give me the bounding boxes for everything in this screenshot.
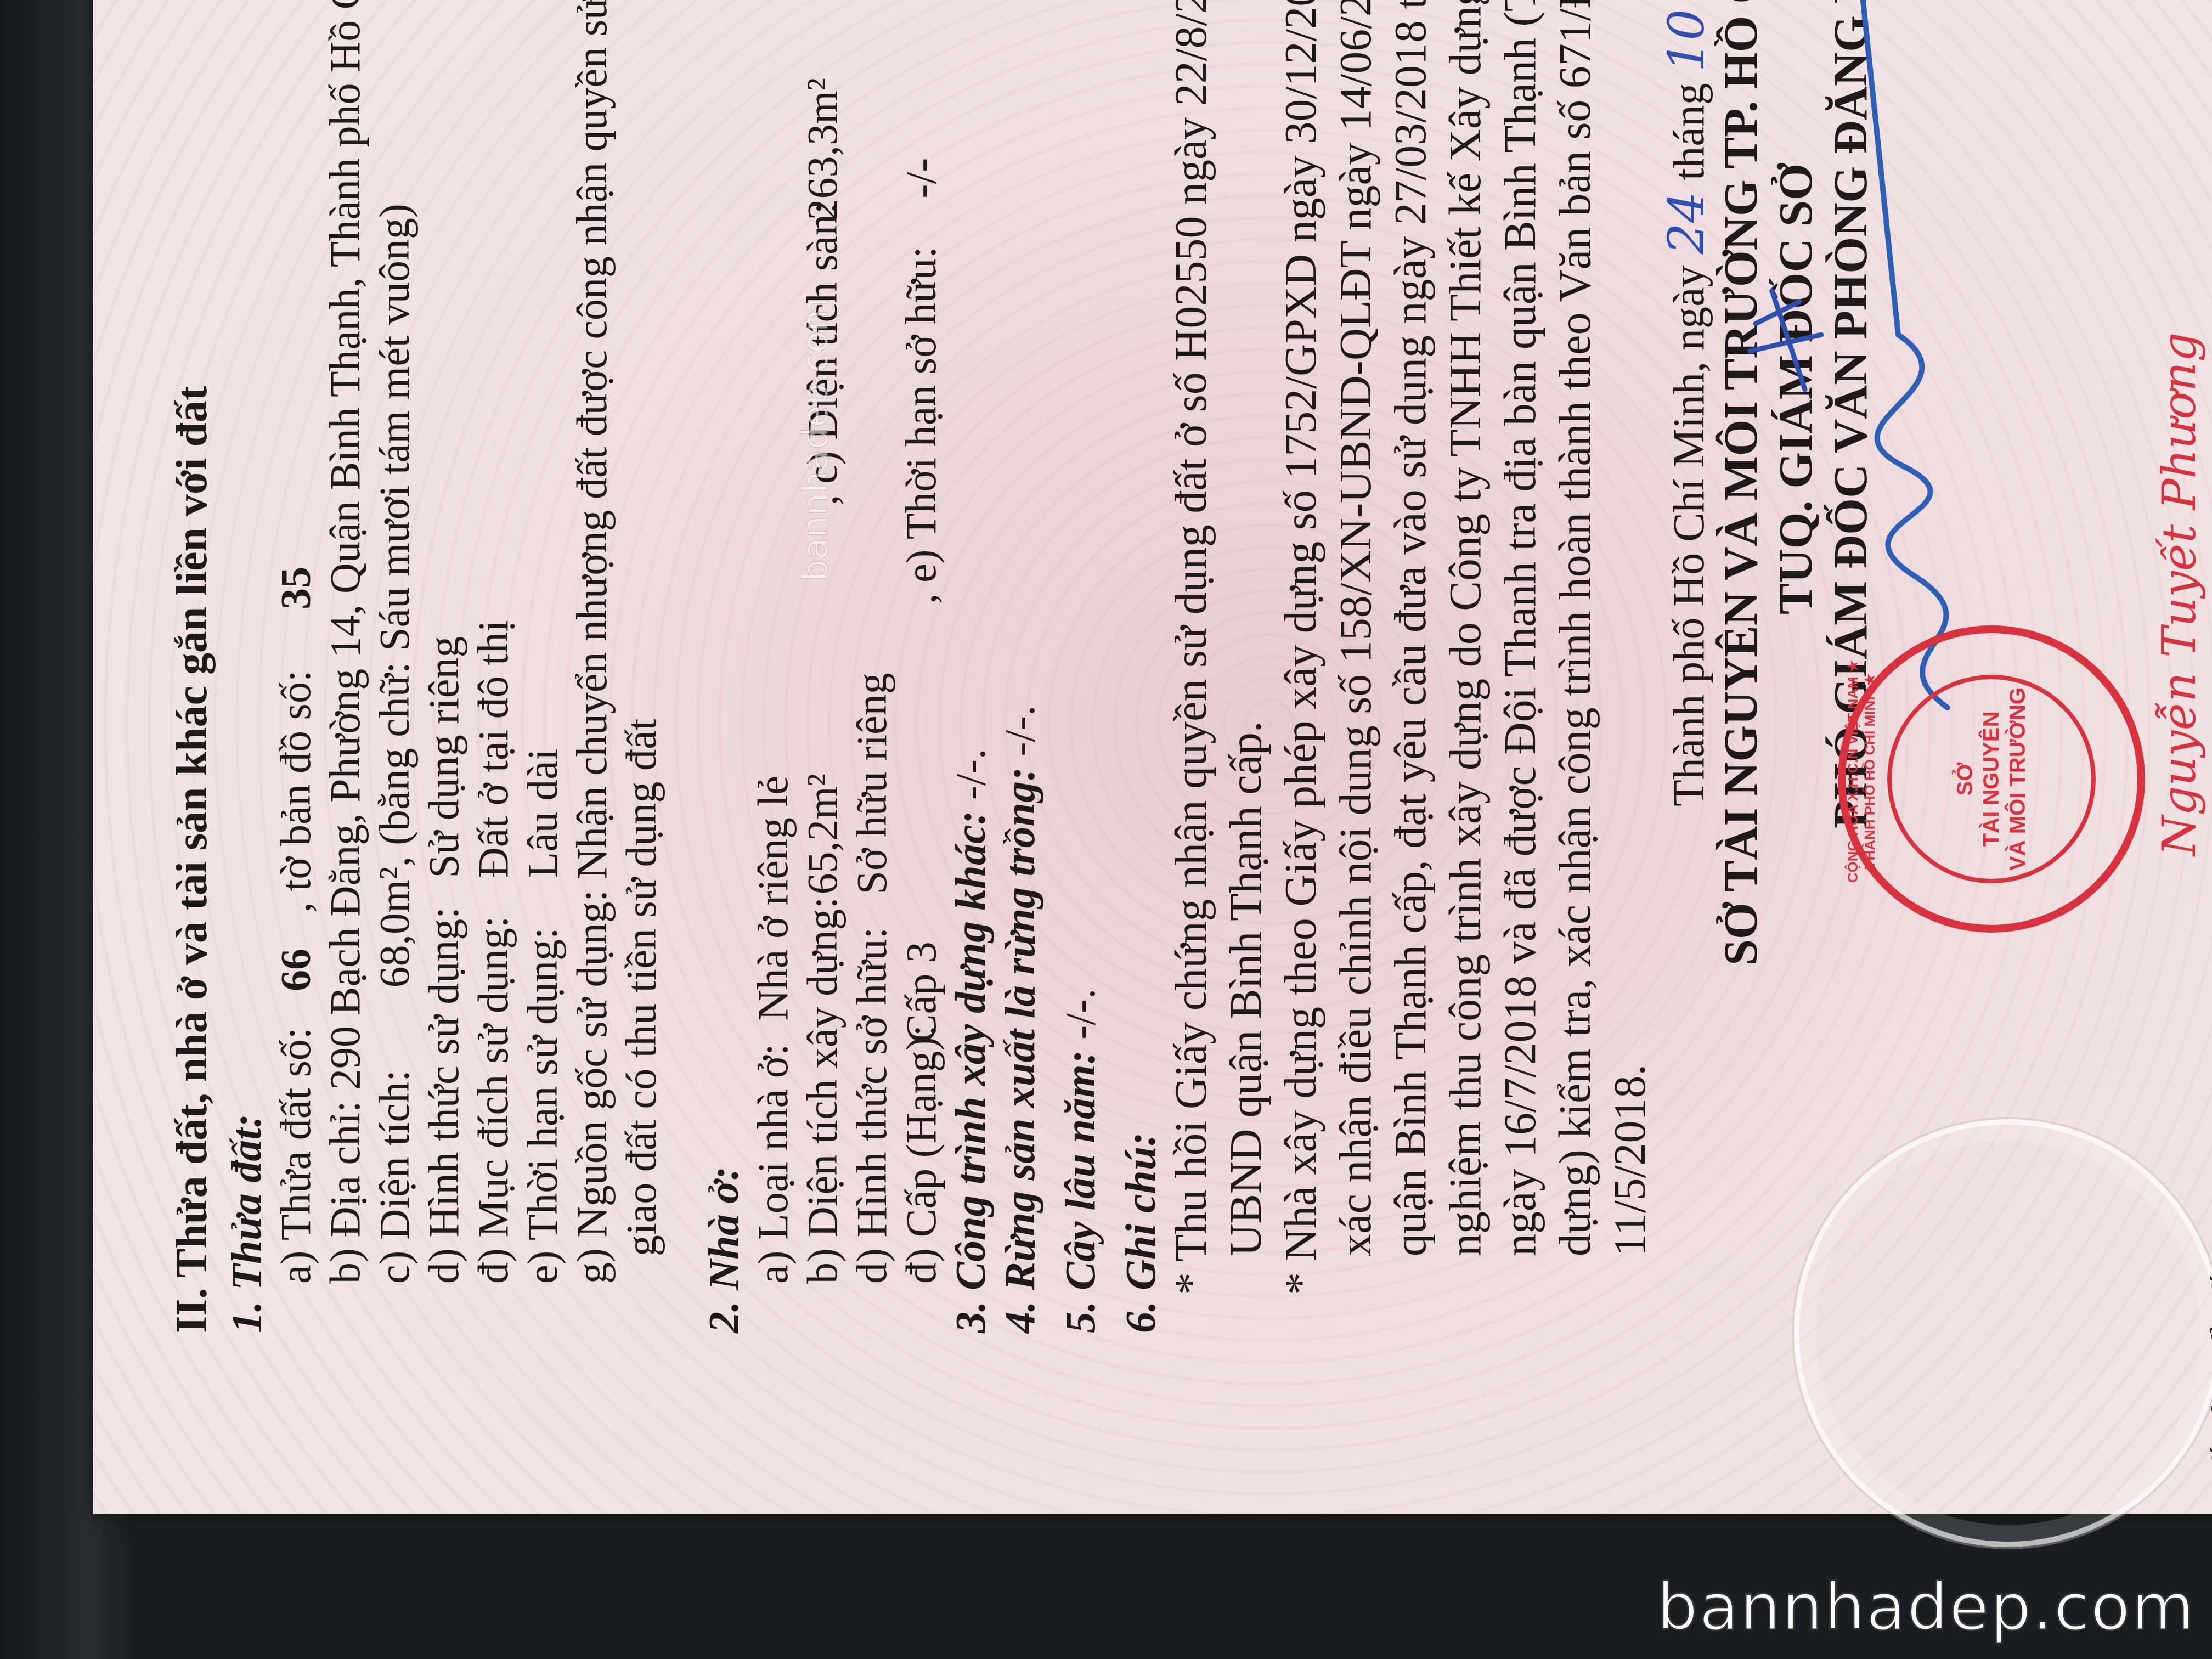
purpose-label: đ) Mục đích sử dụng: <box>472 889 515 1284</box>
planted-forest-row: 4. Rừng sản xuất là rừng trồng: -/-. <box>998 705 1041 1333</box>
watermark-faint: bannhadep.com <box>795 297 836 582</box>
map-sheet-number: 35 <box>274 517 317 659</box>
address-row: b) Địa chỉ: 290 Bạch Đằng, Phường 14, Qu… <box>324 0 366 1284</box>
certificate-content: II. Thửa đất, nhà ở và tài sản khác gắn … <box>93 0 2212 1514</box>
parcel-label: a) Thửa đất số: <box>272 1027 319 1284</box>
issue-date: Thành phố Hồ Chí Minh, ngày 24 tháng 10 … <box>1662 0 1712 806</box>
embossed-seal <box>1794 1119 2212 1547</box>
note-line: * Nhà xây dựng theo Giấy phép xây dựng s… <box>1278 0 1323 1295</box>
origin-row: g) Nguồn gốc sử dụng: Nhận chuyển nhượng… <box>571 0 613 1284</box>
purpose-row: đ) Mục đích sử dụng: Đất ở tại đô thị <box>472 620 515 1284</box>
map-sheet-label: , tờ bản đồ số: <box>272 670 319 912</box>
registry-note: Số vào sổ cấp GCN: <box>2205 1143 2212 1492</box>
parcel-number: 66 <box>274 923 317 1017</box>
origin-value-line1: Nhận chuyển nhượng đất được công nhận qu… <box>568 0 616 879</box>
address-label: b) Địa chỉ: <box>321 1101 369 1284</box>
grade-value: Cấp 3 <box>900 615 943 1043</box>
perennial-trees-value: -/-. <box>1056 989 1104 1040</box>
note-line: 11/5/2018. <box>1607 1064 1652 1256</box>
note-line: ngày 16/7/2018 và đã được Đội Thanh tra … <box>1498 0 1543 1256</box>
use-form-row: d) Hình thức sử dụng: Sử dụng riêng <box>422 636 465 1284</box>
month-label: tháng <box>1665 83 1713 180</box>
note-line: xác nhận điều chỉnh nội dung số 158/XN-U… <box>1333 0 1378 1256</box>
stamp-text: SỞ <box>1952 763 1978 796</box>
purpose-value: Đất ở tại đô thị <box>469 620 517 878</box>
house-heading: 2. Nhà ở: <box>702 1166 745 1333</box>
note-line: UBND quận Bình Thạnh cấp. <box>1223 721 1268 1256</box>
origin-value-line2: giao đất có thu tiền sử dụng đất <box>620 719 663 1256</box>
initial-mark <box>1739 280 1827 400</box>
section-title: II. Thửa đất, nhà ở và tài sản khác gắn … <box>170 386 214 1333</box>
certificate-page: II. Thửa đất, nhà ở và tài sản khác gắn … <box>93 0 2212 1514</box>
land-heading: 1. Thửa đất: <box>225 1114 268 1333</box>
watermark: bannhadep.com <box>1657 1569 2196 1645</box>
term-value: Lâu dài <box>518 748 566 878</box>
stamp-text: VÀ MÔI TRƯỜNG <box>2005 687 2031 871</box>
signer-name: Nguyễn Tuyết Phương <box>2156 332 2202 856</box>
ownership-label: d) Hình thức sở hữu: <box>850 905 893 1284</box>
issuing-agency: SỞ TÀI NGUYÊN VÀ MÔI TRƯỜNG TP. HỒ CHÍ M… <box>1717 0 1764 966</box>
perennial-trees-row: 5. Cây lâu năm: -/-. <box>1059 989 1102 1333</box>
house-type-label: a) Loại nhà ở: <box>752 1031 794 1284</box>
grade-row: đ) Cấp (Hạng): Cấp 3 , e) Thời hạn sở hữ… <box>900 158 943 1284</box>
parcel-row: a) Thửa đất số: 66 , tờ bản đồ số: 35 <box>274 517 317 1284</box>
area-row: c) Diện tích: 68,0m², (bằng chữ: Sáu mươ… <box>373 204 416 1284</box>
ownership-value: Sở hữu riêng <box>848 673 895 894</box>
stamp-ring-text: CỘNG HÒA X.H.C.N VIỆT NAM ★ THÀNH PHỐ HỒ… <box>1844 640 1878 903</box>
area-value: 68,0m², (bằng chữ: Sáu mươi tám mét vuôn… <box>370 204 418 988</box>
use-form-label: d) Hình thức sử dụng: <box>422 889 465 1284</box>
origin-label: g) Nguồn gốc sử dụng: <box>568 890 616 1284</box>
grade-label: đ) Cấp (Hạng): <box>900 1053 943 1284</box>
note-line: * Thu hồi Giấy chứng nhận quyền sử dụng … <box>1169 0 1214 1295</box>
term-label: e) Thời hạn sử dụng: <box>521 889 564 1284</box>
note-line: nghiệm thu công trình xây dựng do Công t… <box>1443 0 1488 1256</box>
ownership-term-label: , e) Thời hạn sở hữu: <box>900 209 943 604</box>
other-construction-value: -/-. <box>946 749 994 800</box>
built-area-label: b) Diện tích xây dựng: <box>801 905 844 1284</box>
use-form-value: Sử dụng riêng <box>420 636 467 878</box>
date-month: 10 <box>1658 9 1716 72</box>
note-line: quận Bình Thạnh cấp, đạt yêu cầu đưa vào… <box>1388 0 1433 1256</box>
built-area-row: b) Diện tích xây dựng: 65,2m² , c) Diện … <box>801 78 844 1284</box>
other-construction-label: 3. Công trình xây dựng khác: <box>946 810 994 1333</box>
area-label: c) Diện tích: <box>373 998 416 1284</box>
house-type-row: a) Loại nhà ở: Nhà ở riêng lẻ <box>752 776 794 1284</box>
ownership-term-value: -/- <box>897 158 945 199</box>
note-line: dựng) kiểm tra, xác nhận công trình hoàn… <box>1553 0 1598 1256</box>
other-construction-row: 3. Công trình xây dựng khác: -/-. <box>949 749 992 1333</box>
address-value: 290 Bạch Đằng, Phường 14, Quận Bình Thạn… <box>321 0 369 1090</box>
date-prefix: Thành phố Hồ Chí Minh, ngày <box>1665 265 1713 806</box>
stamp-text: TÀI NGUYÊN <box>1978 712 2005 847</box>
date-day: 24 <box>1658 191 1716 255</box>
term-row: e) Thời hạn sử dụng: Lâu dài <box>521 748 564 1284</box>
floor-area-value: 263,3m² <box>798 78 846 221</box>
planted-forest-value: -/-. <box>996 705 1043 756</box>
notes-heading: 6. Ghi chú: <box>1119 1132 1162 1333</box>
handwritten-signature <box>1805 0 2035 719</box>
planted-forest-label: 4. Rừng sản xuất là rừng trồng: <box>996 767 1043 1333</box>
perennial-trees-label: 5. Cây lâu năm: <box>1056 1050 1104 1333</box>
house-type-value: Nhà ở riêng lẻ <box>749 776 797 1020</box>
official-stamp: SỞ TÀI NGUYÊN VÀ MÔI TRƯỜNG CỘNG HÒA X.H… <box>1838 625 2145 933</box>
ownership-row: d) Hình thức sở hữu: Sở hữu riêng <box>850 673 893 1284</box>
stamp-center: SỞ TÀI NGUYÊN VÀ MÔI TRƯỜNG <box>1887 675 2096 883</box>
